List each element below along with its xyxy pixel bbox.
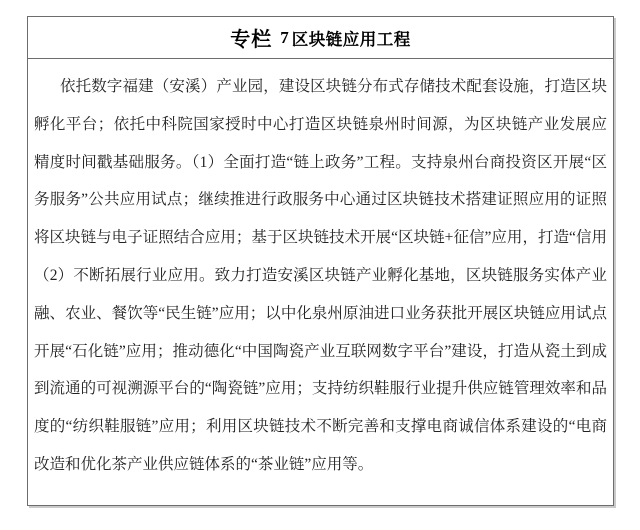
body-line: 孵化平台；依托中科院国家授时中心打造区块链泉州时间源，为区块链产业发展应用提供高 <box>34 106 607 144</box>
body-line: 开展“石化链”应用；推动德化“中国陶瓷产业互联网数字平台”建设，打造从瓷土到成品… <box>34 333 607 371</box>
body-line: （2）不断拓展行业应用。致力打造安溪区块链产业孵化基地，区块链服务实体产业涵盖了… <box>34 257 607 295</box>
body-line: 依托数字福建（安溪）产业园，建设区块链分布式存储技术配套设施，打造区块链应用 <box>34 68 607 106</box>
panel-title-label: 专栏 <box>230 23 272 52</box>
panel-title-text: 区块链应用工程 <box>292 26 411 50</box>
body-line: 改造和优化茶产业供应链体系的“茶业链”应用等。 <box>34 446 607 484</box>
panel-body: 依托数字福建（安溪）产业园，建设区块链分布式存储技术配套设施，打造区块链应用 孵… <box>28 59 613 484</box>
column-panel: 专栏 7 区块链应用工程 依托数字福建（安溪）产业园，建设区块链分布式存储技术配… <box>27 16 614 506</box>
body-line: 务服务”公共应用试点；继续推进行政服务中心通过区块链技术搭建证照应用的证照链，深… <box>34 181 607 219</box>
body-line: 到流通的可视溯源平台的“陶瓷链”应用；支持纺织鞋服行业提升供应链管理效率和品牌信… <box>34 370 607 408</box>
body-line: 将区块链与电子证照结合应用；基于区块链技术开展“区块链+征信”应用，打造“信用泉… <box>34 219 607 257</box>
body-line: 融、农业、餐饮等“民生链”应用；以中化泉州原油进口业务获批开展区块链应用试点为契… <box>34 295 607 333</box>
panel-title: 专栏 7 区块链应用工程 <box>28 17 613 59</box>
body-line: 精度时间戳基础服务。（1）全面打造“链上政务”工程。支持泉州台商投资区开展“区块… <box>34 144 607 182</box>
panel-title-number: 7 <box>280 28 289 48</box>
body-line: 度的“纺织鞋服链”应用；利用区块链技术不断完善和支撑电商诚信体系建设的“电商链”… <box>34 408 607 446</box>
